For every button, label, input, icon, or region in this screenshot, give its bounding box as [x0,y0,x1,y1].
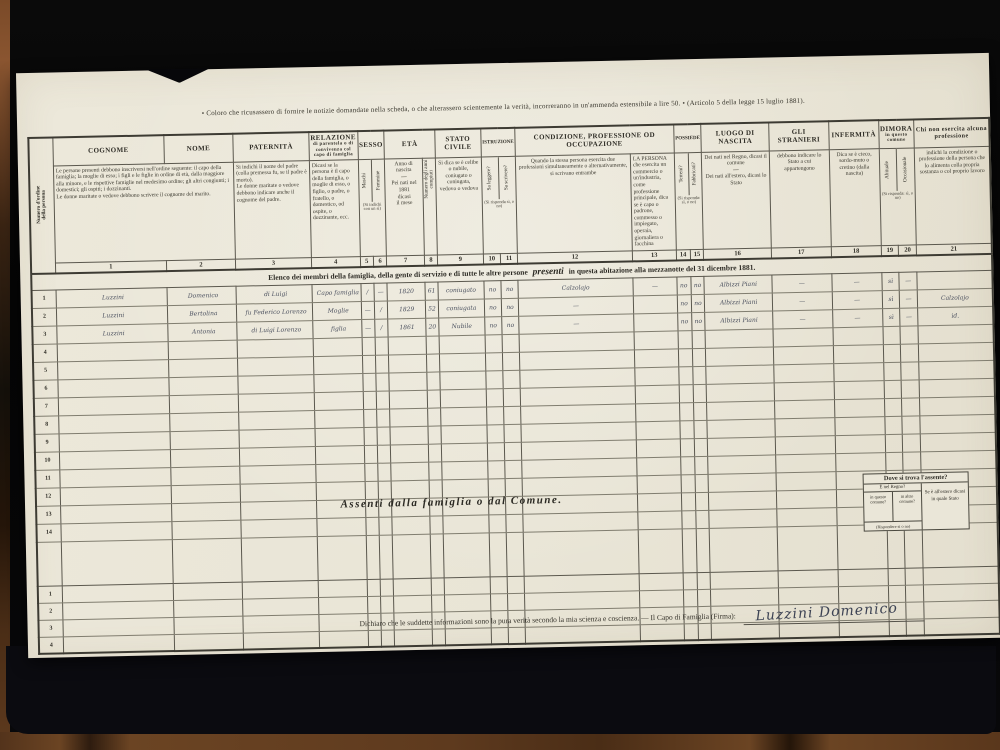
cell [432,595,445,612]
cell [709,509,777,528]
cell [367,596,381,613]
cell [523,512,638,532]
cell [380,579,394,596]
row-number: 10 [35,452,60,471]
cell [707,401,775,420]
note-infermita: Dica se è cieco, sordo-muto o cretino (d… [829,148,881,246]
cell [239,410,315,430]
cell [174,633,244,651]
empty-cell [379,535,393,579]
cell [521,404,636,424]
cell [507,593,525,610]
cell [238,374,314,394]
empty-cell [777,526,838,571]
cell: Luzzini [56,305,167,325]
empty-cell [682,528,697,572]
cell [63,634,174,653]
cell: Luzzini [56,288,167,308]
note-paternita: Si indichi il nome del padre (colla prem… [233,160,311,259]
column-number: 8 [424,255,437,266]
cell [389,354,427,373]
cell [378,481,392,499]
cell [174,616,244,634]
cell: Antonia [167,322,237,341]
cell [692,348,706,366]
absent-location-box: Dove si trova l'assente? È nel Regno? in… [863,471,970,531]
cell [391,462,429,481]
cell [428,426,441,444]
cell [169,394,239,413]
cell [905,568,923,585]
cell [773,346,833,365]
cell [694,456,708,474]
cell [243,631,319,650]
cell: 1820 [387,282,425,301]
cell [633,295,677,314]
cell: Moglie [312,301,361,320]
cell [363,427,377,445]
cell [679,403,693,421]
cell: no [677,295,691,313]
cell: sì [882,308,900,326]
census-table: Numero d'ordine della persona COGNOME NO… [27,117,1000,655]
cell [902,416,920,434]
cell [885,434,903,452]
abituale-label: Abituale [885,161,891,179]
column-header-cognome: COGNOME [53,135,164,165]
cell [390,408,428,427]
cell: — [832,291,882,310]
column-header-dimora: DIMORAin questo comune [878,119,914,148]
cell [169,376,239,395]
cell [365,481,379,499]
cell [708,437,776,456]
cell [682,510,696,528]
cell: figlia [313,319,362,338]
cell [170,466,240,485]
cell [379,517,393,535]
fabbricati-label: Fabbricati? [692,162,698,185]
sa-scrivere-label: Sa scrivere? [504,165,510,190]
cell [428,408,441,426]
cell [363,409,377,427]
cell [635,403,679,422]
cell [697,572,711,589]
column-number: 19 [881,245,899,256]
cell [430,516,443,534]
cell [316,463,365,482]
maschi-label: Maschi [362,173,368,188]
note-relazione: Dicasi se la persona è il capo della fam… [309,159,360,257]
cell: — [832,309,882,328]
cell: di Luigi [236,284,312,304]
cell: Bertolina [167,304,237,323]
cell: — [772,292,832,311]
row-number: 1 [38,586,63,604]
cell [168,340,238,359]
cell: — [900,290,918,308]
sesso-note: (Si indichi con un sì) [359,201,385,213]
cell [426,336,439,354]
cell [490,576,508,593]
cell [705,329,773,348]
cell [775,436,835,455]
cell: sì [882,272,900,290]
cell [444,577,490,595]
cell [376,391,390,409]
column-number: 7 [387,255,425,267]
note-la-persona: LA PERSONA che esercita un commercio o u… [630,153,676,251]
column-number: 14 [676,250,690,261]
cell [635,367,679,386]
cell [834,381,884,400]
census-sheet: • Coloro che ricusassero di fornire le n… [16,53,1000,658]
cell [706,365,774,384]
cell [313,355,362,374]
cell: — [900,308,918,326]
cell [680,420,694,438]
absent-box-altro-comune: in altro comune? [893,491,922,521]
cell [835,416,885,435]
cell: Capo famiglia [312,283,361,302]
signature-line: Luzzini Domenico [744,602,925,625]
cell [427,390,440,408]
cell [442,461,488,480]
column-header-infermita: INFERMITÀ [828,120,879,149]
cell [918,342,994,362]
cell [711,588,779,606]
cell [170,430,240,449]
cell [919,396,995,416]
cell [388,336,426,355]
cell: Luzzini [57,323,168,343]
cell: no [484,298,502,316]
cell [441,425,487,444]
column-header-luogo-nascita: LUOGO DI NASCITA [701,123,769,152]
cell [485,352,503,370]
empty-cell [523,530,639,576]
row-number: 2 [32,308,57,327]
cell: no [484,316,502,334]
cell [679,385,693,403]
column-number: 6 [373,256,387,267]
cell [695,510,709,528]
note-chi-non-esercita: indichi la condizione o professione dell… [914,146,992,245]
cell [692,330,706,348]
dimora-sublabel: in questo comune [880,132,913,144]
cell [315,427,364,446]
cell: 52 [425,300,438,318]
cell [502,352,520,370]
anni-compiuti-label: Numero degli anni compiuti [424,158,435,200]
cell: — [518,296,633,316]
column-header-stranieri: GLI STRANIERI [769,121,829,150]
cell [439,335,485,354]
note-luogo-nascita: Dei nati nel Regno, dicasi il comune — D… [702,151,772,250]
section-title-emphasis: presenti [533,266,564,277]
cell [503,388,521,406]
cell: — [773,310,833,329]
absent-box-questo-comune: in questo comune? [864,492,894,522]
cell [363,391,377,409]
cell [901,344,919,362]
cell [884,380,902,398]
cell [634,313,678,332]
column-header-istruzione: ISTRUZIONE [480,128,515,157]
relazione-sublabel: di parentela o di convivenza col capo di… [310,141,356,158]
empty-cell [443,533,490,578]
section-title-pre: Elenco dei membri della famiglia, della … [268,267,528,281]
cell [637,457,681,476]
cell [917,270,993,290]
cell: / [375,319,389,337]
cell [774,400,834,419]
row-number: 3 [32,326,57,345]
cell [634,331,678,350]
column-number: 5 [360,256,374,267]
wood-table-edge-left [0,0,10,750]
row-number: 6 [33,380,58,399]
cell: — [519,314,634,334]
cell [61,521,172,541]
subheader-anni-compiuti: Numero degli anni compiuti [422,158,437,256]
cell: — [361,319,375,337]
cell [364,445,378,463]
row-number: 3 [38,620,63,638]
cell: no [501,280,519,298]
cell [778,570,838,588]
section-title-post: in questa abitazione alla mezzanotte del… [569,262,756,275]
cell [59,431,170,451]
cell [173,582,243,600]
subheader-dimora: Abituale Occasionale (Si risponda: sì, o… [879,148,916,246]
column-header-sesso: SESSO [357,131,384,160]
cell [520,386,635,406]
cell [835,452,885,471]
femmine-label: Femmine [376,170,382,190]
cell [835,434,885,453]
cell [58,377,169,397]
empty-cell [506,532,524,576]
empty-cell [317,535,367,580]
terreni-label: Terreni? [679,165,685,182]
cell: Nubile [439,317,485,336]
cell: id. [918,306,994,326]
cell [695,474,709,492]
cell [241,518,317,538]
cell [60,467,171,487]
empty-cell [241,536,318,582]
column-header-nome: NOME [163,134,233,163]
cell [489,514,507,532]
cell: 1829 [388,300,426,319]
cell [680,438,694,456]
column-header-chi-non-esercita: Chi non esercita alcuna professione [914,118,990,148]
cell [885,416,903,434]
cell [505,478,523,496]
note-cognome-nome: Le persone presenti debbono inscriversi … [53,162,235,263]
cell [900,326,918,344]
cell [362,337,376,355]
cell: Albizzi Piani [704,275,772,294]
cell [775,418,835,437]
dimora-note: (Si risponda: sì, o no) [880,190,915,202]
cell: / [360,283,374,301]
cell [774,364,834,383]
empty-cell [710,527,778,572]
empty-cell [696,528,711,572]
cell [377,445,391,463]
cell [487,442,505,460]
cell: / [374,301,388,319]
cell [240,464,316,484]
cell [503,370,521,388]
absent-box-note: (Rispondere sì o no) [865,520,922,530]
cell [683,572,697,589]
cell [924,600,1000,619]
cell [390,390,428,409]
cell [918,324,994,344]
cell [314,391,363,410]
cell [243,597,319,616]
cell [59,449,170,469]
cell [169,412,239,431]
cell [883,326,901,344]
cell [679,367,693,385]
cell [921,450,997,470]
cell: sì [882,290,900,308]
subheader-sesso: Maschi Femmine (Si indichi con un sì) [358,159,387,257]
row-number: 7 [34,398,59,417]
register-book-edge [6,646,996,734]
cell [697,589,711,606]
cell [318,596,367,614]
row-number: 14 [36,524,61,543]
cell [364,463,378,481]
cell [485,334,503,352]
cell [486,370,504,388]
column-number: 10 [483,254,500,265]
cell: coniugata [438,299,484,318]
cell [440,389,486,408]
cell [314,409,363,428]
cell [394,595,432,613]
cell: — [633,277,677,296]
cell [708,455,776,474]
cell [490,593,508,610]
cell [774,382,834,401]
row-number: 11 [35,470,60,489]
cell [488,478,506,496]
sa-leggere-label: Sa leggere? [487,166,493,190]
cell [833,363,883,382]
row-number: 9 [35,434,60,453]
cell: — [899,272,917,290]
cell [920,414,996,434]
cell [906,585,924,602]
row-number: 2 [38,603,63,621]
cell [239,428,315,448]
note-stranieri: debbono indicare lo Stato a cui apparten… [769,149,831,248]
cell [776,454,836,473]
cell [520,368,635,388]
cell [392,516,430,535]
subheader-istruzione: Sa leggere? Sa scrivere? (Si risponda sì… [481,156,517,254]
cell [522,458,637,478]
cell [362,355,376,373]
cell [391,444,429,463]
cell [639,573,683,591]
cell [441,443,487,462]
cell [902,398,920,416]
empty-cell [37,542,62,586]
cell [920,432,996,452]
cell [505,460,523,478]
cell: fu Federico Lorenzo [236,302,312,322]
empty-cell [430,534,444,578]
cell [365,517,379,535]
cell [314,373,363,392]
cell [838,568,888,586]
cell [504,424,522,442]
cell [693,402,707,420]
cell [238,356,314,376]
cell: no [690,276,704,294]
cell [439,353,485,372]
row-number: 5 [33,362,58,381]
cell [362,373,376,391]
cell: 1861 [388,318,426,337]
cell [380,596,394,613]
cell [443,515,489,534]
numero-ordine-label: Numero d'ordine della persona [36,180,47,230]
column-header-eta: ETÀ [384,129,435,158]
cell [486,406,504,424]
cell: di Luigi Lorenzo [237,320,313,340]
cell [636,421,680,440]
cell [707,383,775,402]
column-header-paternita: PATERNITÀ [233,132,309,162]
cell [506,514,524,532]
cell [884,398,902,416]
cell: — [374,283,388,301]
column-header-relazione: RELAZIONEdi parentela o di convivenza co… [309,131,358,160]
cell: — [772,274,832,293]
cell [58,413,169,433]
cell [678,349,692,367]
cell [521,440,636,460]
cell: Domenico [167,286,237,305]
cell [773,328,833,347]
occasionale-label: Occasionale [903,156,909,181]
cell [237,338,313,358]
cell: no [502,316,520,334]
cell [903,452,921,470]
cell: no [484,281,502,299]
cell: no [691,294,705,312]
note-anno-nascita: Anno di nascita — Pei nati nel 1881 dica… [385,158,425,256]
column-number: 11 [500,253,517,264]
cell [885,452,903,470]
note-condizione: Quando la stessa persona esercita due pr… [515,153,632,253]
row-number: 4 [39,637,64,655]
cell: — [361,301,375,319]
cell: Calzolajo [917,288,993,308]
cell [638,511,682,530]
row-number: 1 [32,290,57,309]
cell [57,341,168,361]
cell [504,406,522,424]
